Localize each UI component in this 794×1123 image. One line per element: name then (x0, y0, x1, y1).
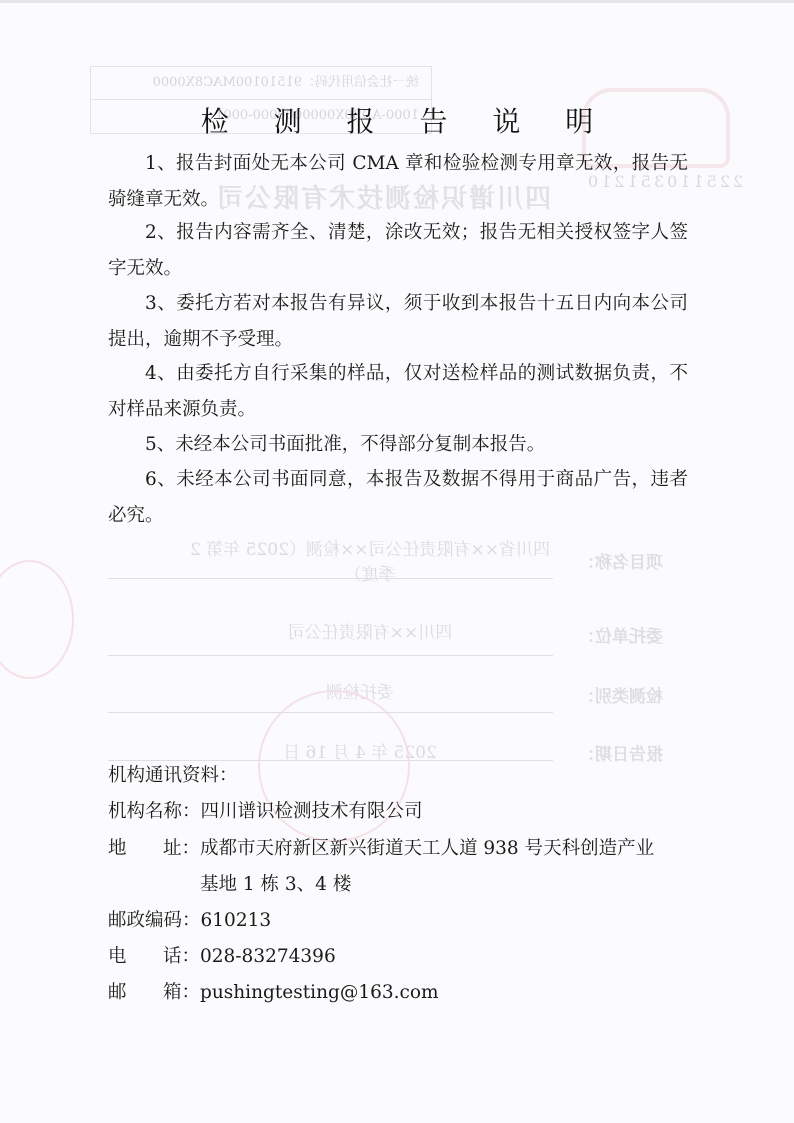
show-through-stamp (0, 560, 74, 679)
contact-address-row: 地址：成都市天府新区新兴街道天工人道 938 号天科创造产业 (108, 831, 654, 867)
address-line-1: 成都市天府新区新兴街道天工人道 938 号天科创造产业 (200, 838, 654, 859)
note-3: 3、委托方若对本报告有异议，须于收到本报告十五日内向本公司提出，逾期不予受理。 (108, 286, 688, 358)
show-through-label: 检测类别： (578, 682, 663, 707)
note-1: 1、报告封面处无本公司 CMA 章和检验检测专用章无效，报告无骑缝章无效。 (108, 146, 688, 218)
postcode-label: 邮政编码： (108, 903, 201, 939)
note-6: 6、未经本公司书面同意，本报告及数据不得用于商品广告，违者必究。 (108, 462, 688, 534)
show-through-value: 四川××有限责任公司 (200, 618, 540, 643)
show-through-line (108, 655, 553, 656)
show-through-line (108, 578, 553, 579)
show-through-label: 报告日期： (578, 740, 663, 765)
contact-email-row: 邮箱：pushingtesting@163.com (108, 975, 439, 1011)
scan-edge (0, 0, 794, 3)
name-value: 四川谱识检测技术有限公司 (201, 801, 423, 822)
postcode-value: 610213 (201, 910, 272, 931)
phone-value: 028-83274396 (200, 946, 336, 967)
address-label: 地址： (108, 831, 200, 867)
show-through-label: 委托单位： (578, 622, 663, 647)
contact-phone-row: 电话：028-83274396 (108, 939, 336, 975)
name-label: 机构名称： (108, 794, 201, 830)
note-4: 4、由委托方自行采集的样品，仅对送检样品的测试数据负责，不对样品来源负责。 (108, 356, 688, 428)
address-line-2: 基地 1 栋 3、4 楼 (108, 867, 351, 903)
email-value[interactable]: pushingtesting@163.com (200, 982, 439, 1003)
show-through-label: 项目名称： (578, 548, 663, 573)
email-label: 邮箱： (108, 975, 200, 1011)
contact-name-row: 机构名称：四川谱识检测技术有限公司 (108, 794, 423, 830)
document-page: 统一社会信用代码：91510100MAC8X0000 1000-ADS0X000… (0, 0, 794, 1123)
note-5: 5、未经本公司书面批准，不得部分复制本报告。 (108, 427, 688, 463)
phone-label: 电话： (108, 939, 200, 975)
page-title: 检 测 报 告 说 明 (0, 100, 794, 140)
contact-heading: 机构通讯资料： (108, 758, 238, 794)
show-through-row: 统一社会信用代码：91510100MAC8X0000 (91, 67, 431, 100)
contact-postcode-row: 邮政编码：610213 (108, 903, 271, 939)
note-2: 2、报告内容需齐全、清楚，涂改无效；报告无相关授权签字人签字无效。 (108, 215, 688, 287)
